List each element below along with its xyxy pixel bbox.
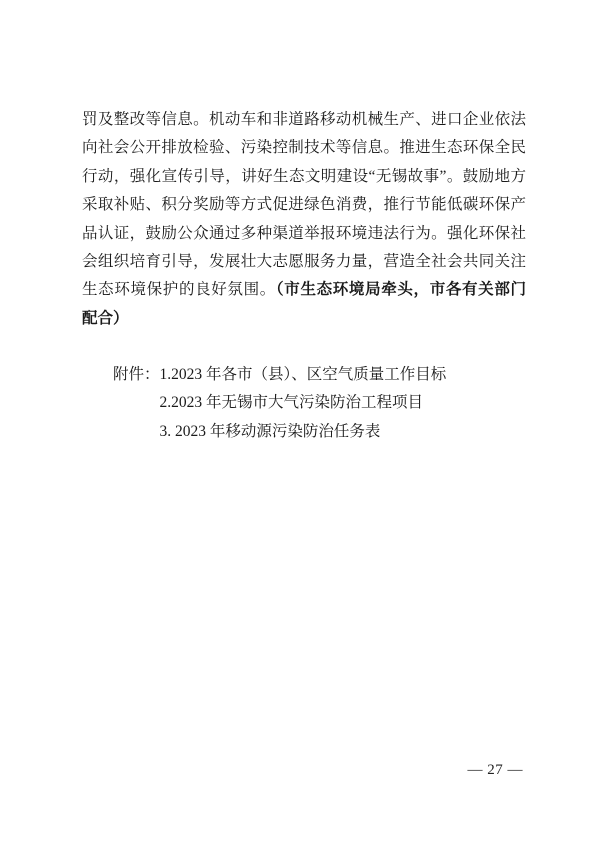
paragraph-line: 向社会公开排放检验、污染控制技术等信息。推进生态环保全民 — [82, 134, 526, 162]
attachments-list: 1.2023 年各市（县）、区空气质量工作目标 2.2023 年无锡市大气污染防… — [160, 361, 447, 446]
paragraph-line-text: 罚及整改等信息。机动车和非道路移动机械生产、进口企业依法 — [82, 111, 526, 128]
paragraph-line: 罚及整改等信息。机动车和非道路移动机械生产、进口企业依法 — [82, 106, 526, 134]
paragraph-line-text: 向社会公开排放检验、污染控制技术等信息。推进生态环保全民 — [82, 139, 526, 156]
attachment-item: 2.2023 年无锡市大气污染防治工程项目 — [160, 389, 447, 417]
attachments-label: 附件： — [113, 361, 160, 389]
attachments-block: 附件： 1.2023 年各市（县）、区空气质量工作目标 2.2023 年无锡市大… — [113, 361, 446, 446]
paragraph-line-text: 品认证，鼓励公众通过多种渠道举报环境违法行为。强化环保社 — [82, 225, 526, 242]
paragraph-line: 生态环境保护的良好氛围。（市生态环境局牵头，市各有关部门 — [82, 276, 526, 304]
paragraph-line-text: 生态环境保护的良好氛围。 — [82, 281, 276, 298]
document-page: 罚及整改等信息。机动车和非道路移动机械生产、进口企业依法 向社会公开排放检验、污… — [0, 0, 600, 848]
paragraph-line-bold-text: （市生态环境局牵头，市各有关部门 — [276, 281, 526, 298]
paragraph-line: 会组织培育引导，发展壮大志愿服务力量，营造全社会共同关注 — [82, 248, 526, 276]
attachment-item: 3. 2023 年移动源污染防治任务表 — [160, 418, 447, 446]
page-number: — 27 — — [468, 762, 524, 778]
paragraph-line-text: 采取补贴、积分奖励等方式促进绿色消费，推行节能低碳环保产 — [82, 196, 526, 213]
paragraph-line-text: 会组织培育引导，发展壮大志愿服务力量，营造全社会共同关注 — [82, 253, 526, 270]
paragraph-line: 采取补贴、积分奖励等方式促进绿色消费，推行节能低碳环保产 — [82, 191, 526, 219]
paragraph-line-text: 行动，强化宣传引导，讲好生态文明建设“无锡故事”。鼓励地方 — [82, 168, 526, 185]
paragraph-line: 配合） — [82, 305, 526, 333]
paragraph-line: 品认证，鼓励公众通过多种渠道举报环境违法行为。强化环保社 — [82, 220, 526, 248]
attachment-item: 1.2023 年各市（县）、区空气质量工作目标 — [160, 361, 447, 389]
paragraph-line: 行动，强化宣传引导，讲好生态文明建设“无锡故事”。鼓励地方 — [82, 163, 526, 191]
body-paragraph: 罚及整改等信息。机动车和非道路移动机械生产、进口企业依法 向社会公开排放检验、污… — [82, 106, 526, 333]
paragraph-line-bold-text: 配合） — [82, 310, 129, 327]
